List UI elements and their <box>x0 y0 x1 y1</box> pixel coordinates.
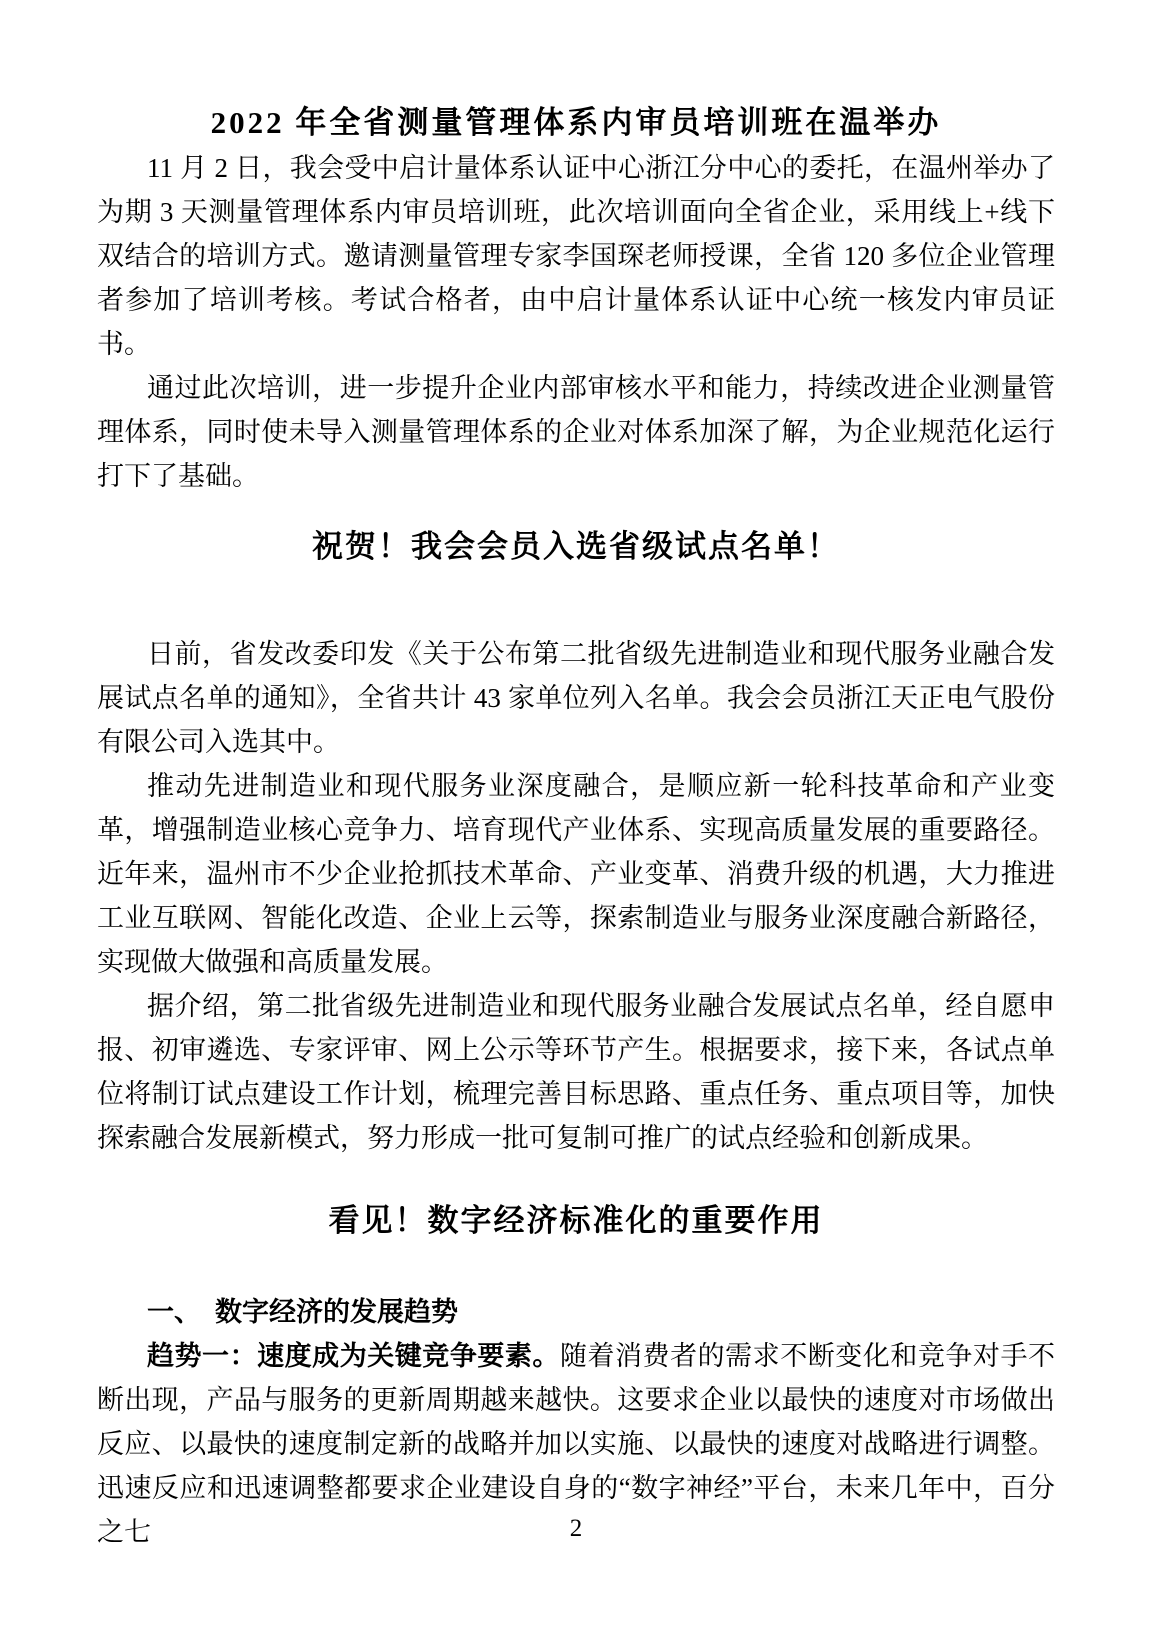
article3-title: 看见！数字经济标准化的重要作用 <box>97 1198 1055 1244</box>
section-number: 一、 <box>147 1297 201 1327</box>
article2-title: 祝贺！我会会员入选省级试点名单！ <box>97 524 1055 570</box>
article1-title: 2022 年全省测量管理体系内审员培训班在温举办 <box>97 0 1055 146</box>
document-page: 2022 年全省测量管理体系内审员培训班在温举办 11 月 2 日，我会受中启计… <box>0 0 1152 1635</box>
section-title: 数字经济的发展趋势 <box>215 1297 458 1327</box>
article2-paragraph-3: 据介绍，第二批省级先进制造业和现代服务业融合发展试点名单，经自愿申报、初审遴选、… <box>97 984 1055 1160</box>
article3-section-heading: 一、数字经济的发展趋势 <box>97 1290 1055 1334</box>
trend1-label: 趋势一：速度成为关键竞争要素。 <box>147 1341 560 1371</box>
article1-paragraph-1: 11 月 2 日，我会受中启计量体系认证中心浙江分中心的委托，在温州举办了为期 … <box>97 146 1055 366</box>
article1-paragraph-2: 通过此次培训，进一步提升企业内部审核水平和能力，持续改进企业测量管理体系，同时使… <box>97 366 1055 498</box>
article2-paragraph-2: 推动先进制造业和现代服务业深度融合，是顺应新一轮科技革命和产业变革，增强制造业核… <box>97 764 1055 984</box>
page-number: 2 <box>0 1514 1152 1544</box>
article2-paragraph-1: 日前，省发改委印发《关于公布第二批省级先进制造业和现代服务业融合发展试点名单的通… <box>97 632 1055 764</box>
